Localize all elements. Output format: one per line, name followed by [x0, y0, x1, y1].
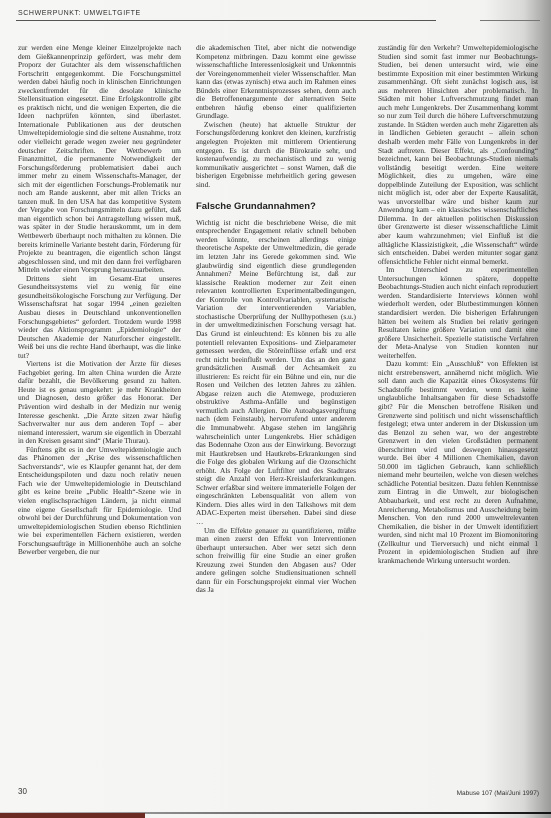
paragraph: die akademischen Titel, aber nicht die n… — [196, 44, 356, 121]
section-heading: Falsche Grundannahmen? — [196, 203, 356, 212]
paragraph: Im Unterschied zu experimentellen Unters… — [378, 266, 538, 360]
paragraph: zuständig für den Verkehr? Umweltepidemi… — [378, 44, 538, 266]
scan-edge-strip — [0, 813, 145, 818]
paragraph: Wichtig ist nicht die beschriebene Weise… — [196, 219, 356, 527]
text-column-3: zuständig für den Verkehr? Umweltepidemi… — [378, 44, 538, 565]
paragraph: Um die Effekte genauer zu quantifizieren… — [196, 527, 356, 595]
paragraph: Dazu kommt: Ein „Ausschluß“ von Effekten… — [378, 360, 538, 565]
paragraph: Drittens sieht im Gesamt-Etat unseres Ge… — [18, 275, 181, 360]
page-number: 30 — [18, 787, 27, 796]
running-head: Schwerpunkt: Umweltgifte — [18, 10, 141, 17]
text-column-2: die akademischen Titel, aber nicht die n… — [196, 44, 356, 595]
text-column-1: zur werden eine Menge kleiner Einzelproj… — [18, 44, 181, 557]
document-page: Schwerpunkt: Umweltgifte zur werden eine… — [0, 0, 551, 818]
paragraph: Fünftens gibt es in der Umweltepidemiolo… — [18, 446, 181, 557]
paragraph: Viertens ist die Motivation der Ärzte fü… — [18, 360, 181, 445]
journal-folio: Mabuse 107 (Mai/Juni 1997) — [457, 790, 539, 797]
header-rule — [16, 20, 436, 21]
paragraph: Zwischen (heute) hat aktuelle Struktur d… — [196, 121, 356, 189]
header-rule-right — [480, 20, 540, 21]
paragraph: zur werden eine Menge kleiner Einzelproj… — [18, 44, 181, 275]
